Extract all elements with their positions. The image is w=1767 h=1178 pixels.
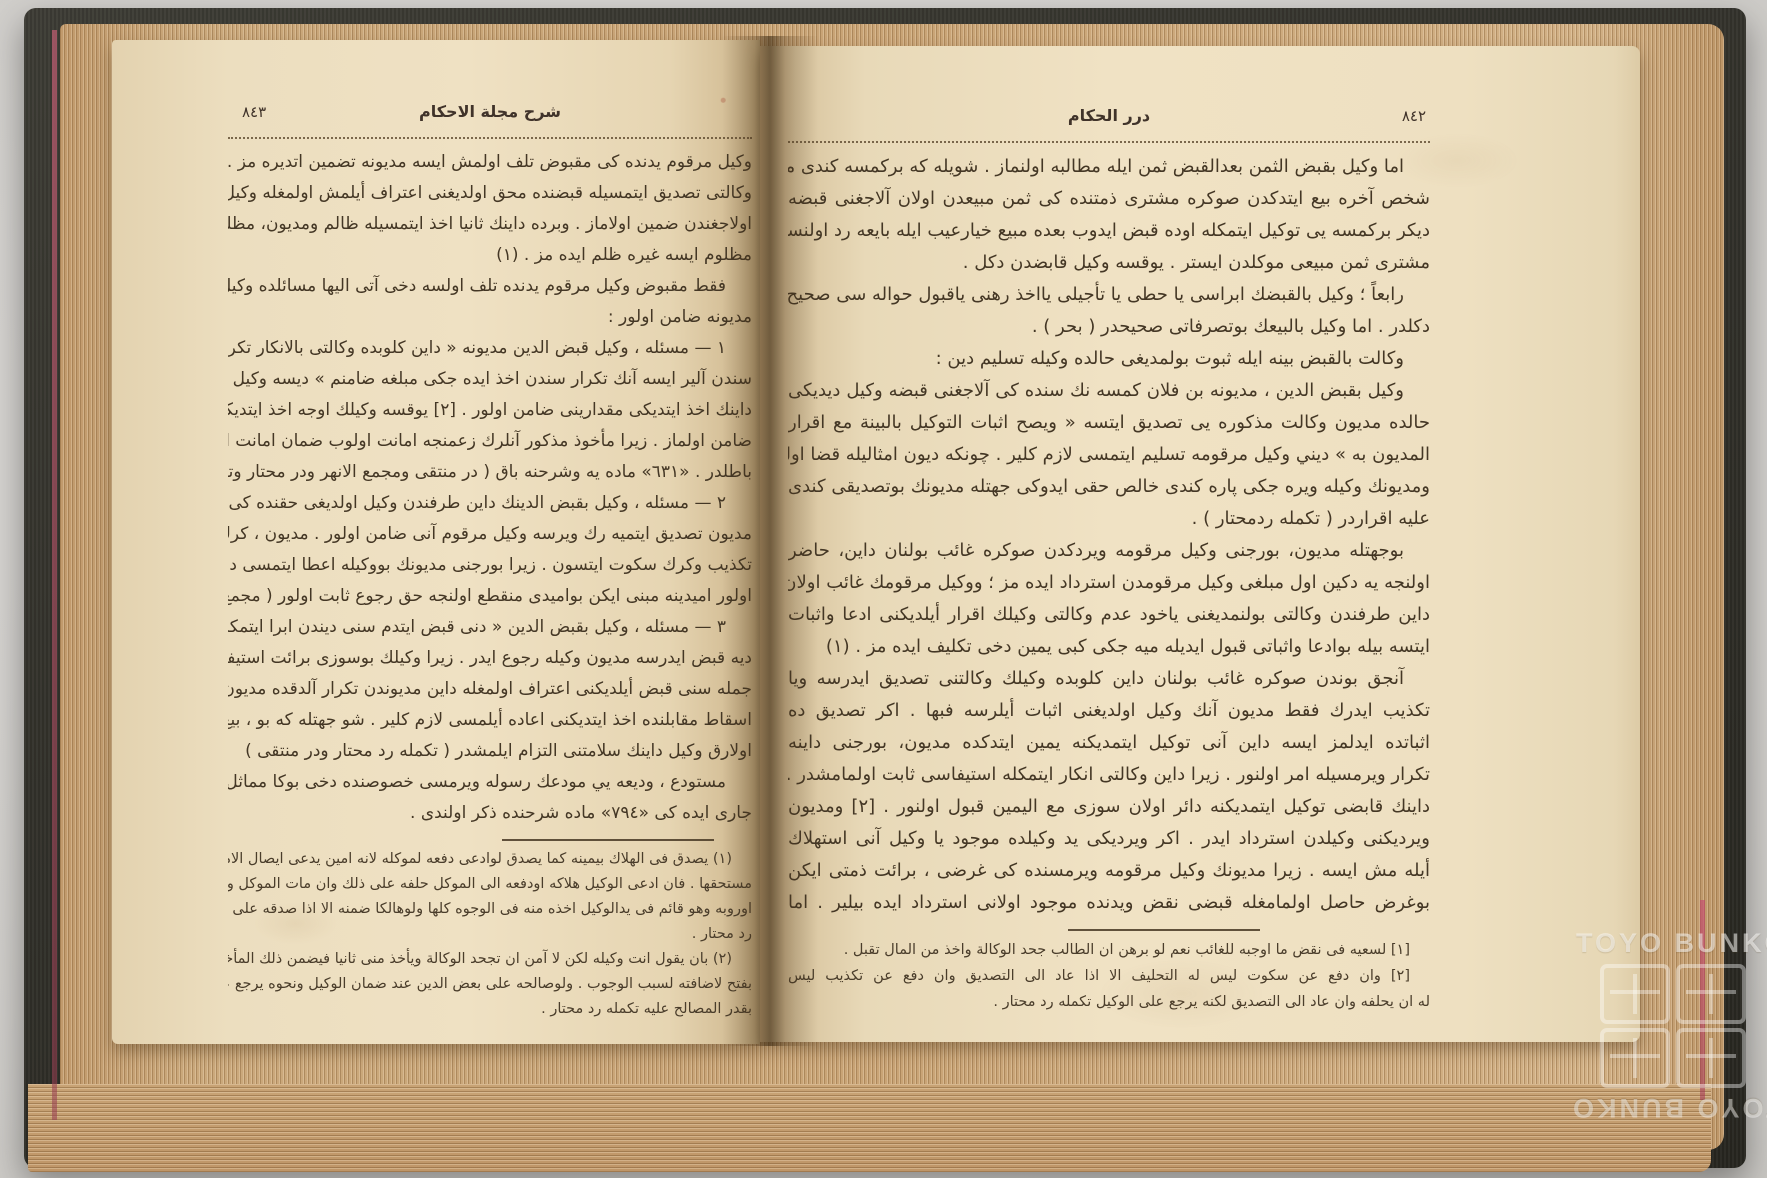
text-line: ديكر بركمسه يى توكيل ايتمكله اوده قبض اي…	[788, 215, 1430, 247]
footnote-line: (٢) بان يقول انت وكيله لكن لا آمن ان تجح…	[228, 947, 752, 972]
left-page-text-column: ٨٤٣ شرح مجلة الاحكام وكيل مرقوم يدنده كى…	[228, 102, 752, 1022]
text-line: مديون تصديق ايتميه رك ويرسه وكيل مرقوم آ…	[228, 519, 752, 550]
text-line: اولور اميدينه مبنى ايكن بواميدى منقطع او…	[228, 581, 752, 612]
text-line: تكذيب ايدرك فقط مديون آنك وكيل اولديغنى …	[788, 695, 1430, 727]
text-line: وكالتى تصديق ايتمسيله قبضنده محق اولديغن…	[228, 178, 752, 209]
left-body-text: وكيل مرقوم يدنده كى مقبوض تلف اولمش ايسه…	[228, 147, 752, 829]
text-line: وكيل مرقوم يدنده كى مقبوض تلف اولمش ايسه…	[228, 147, 752, 178]
text-line: دكلدر . اما وكيل بالبيعك بوتصرفاتى صحيحد…	[788, 311, 1430, 343]
right-footnotes: [١] لسعيه فى نقض ما اوجبه للغائب نعم لو …	[788, 937, 1430, 1015]
text-line: بوغرض حاصل اولمامغله قبضى نقض ويدنده موج…	[788, 887, 1430, 919]
text-line: ضامن اولماز . زيرا مأخوذ مذكور آنلرك زعم…	[228, 426, 752, 457]
text-line: مستودع ، وديعه يي مودعك رسوله ويرمسى خصو…	[228, 767, 752, 798]
text-line: سندن آلير ايسه آنك تكرار سندن اخذ ايده ج…	[228, 364, 752, 395]
text-line: المديون به » ديني وكيل مرقومه تسليم ايتم…	[788, 439, 1430, 471]
text-line: وكيل بقبض الدين ، مديونه بن فلان كمسه نك…	[788, 375, 1430, 407]
right-page: ٨٤٢ درر الحكام اما وكيل بقبض الثمن بعدال…	[760, 46, 1640, 1042]
text-line: ١ — مسئله ، وكيل قبض الدين مديونه « داين…	[228, 333, 752, 364]
left-page-header: ٨٤٣ شرح مجلة الاحكام	[228, 102, 752, 132]
text-line: اولاجغندن ضمين اولاماز . وبرده داينك ثان…	[228, 209, 752, 240]
text-line: رابعاً ؛ وكيل بالقبضك ابراسى يا حطى يا ت…	[788, 279, 1430, 311]
text-line: مظلوم ايسه غيره ظلم ايده مز . (١)	[228, 240, 752, 271]
text-line: اما وكيل بقبض الثمن بعدالقبض ثمن ايله مط…	[788, 151, 1430, 183]
text-line: مشترى ثمن مبيعى موكلدن ايستر . يوقسه وكي…	[788, 247, 1430, 279]
footnote-line: اوروبه وهو قائم فى يدالوكيل اخذه منه فى …	[228, 897, 752, 922]
right-page-text-column: ٨٤٢ درر الحكام اما وكيل بقبض الثمن بعدال…	[788, 106, 1430, 1015]
endpaper-pink-edge-right	[1700, 900, 1705, 1100]
page-edges-bottom	[28, 1084, 1711, 1172]
footnote-line: رد محتار .	[228, 922, 752, 947]
text-line: ٢ — مسئله ، وكيل بقبض الدينك داين طرفندن…	[228, 488, 752, 519]
text-line: ويرديكنى وكيلدن استرداد ايدر . اكر ويردي…	[788, 823, 1430, 855]
text-line: جمله سنى قبض أيلديكنى اعتراف اولمغله داي…	[228, 674, 752, 705]
text-line: اولنجه يه دكين اول مبلغى وكيل مرقومدن اس…	[788, 567, 1430, 599]
footnote-line: [١] لسعيه فى نقض ما اوجبه للغائب نعم لو …	[788, 937, 1430, 963]
text-line: ايتسه بيله بوادعا واثباتى قبول ايديله مي…	[788, 631, 1430, 663]
footnote-line: مستحقها . فان ادعى الوكيل هلاكه اودفعه ا…	[228, 872, 752, 897]
text-line: اثباتده ايدلمز ايسه داين آنى توكيل ايتمد…	[788, 727, 1430, 759]
text-line: ديه قبض ايدرسه مديون وكيله رجوع ايدر . ز…	[228, 643, 752, 674]
text-line: باطلدر . «٦٣١» ماده يه وشرحنه باق ( در م…	[228, 457, 752, 488]
right-footnote-separator	[1068, 929, 1260, 931]
text-line: فقط مقبوض وكيل مرقوم يدنده تلف اولسه دخى…	[228, 271, 752, 302]
text-line: أيله مش ايسه . زيرا مديونك وكيل مرقومه و…	[788, 855, 1430, 887]
book-photo: { "colors":{ "backdrop":"#d6d4d1","cover…	[0, 0, 1767, 1178]
text-line: آنجق بوندن صوكره غائب بولنان داين كلوبده…	[788, 663, 1430, 695]
text-line: داينك قابضى توكيل ايتمديكنه دائر اولان س…	[788, 791, 1430, 823]
text-line: مديونه ضامن اولور :	[228, 302, 752, 333]
text-line: شخص آخره بيع ايتدكدن صوكره مشترى ذمتنده …	[788, 183, 1430, 215]
left-footnote-separator	[502, 839, 714, 841]
text-line: بوجهتله مديون، بورجنى وكيل مرقومه ويردكد…	[788, 535, 1430, 567]
footnote-line: بفتح لاضافته لسبب الوجوب . ولوصالحه على …	[228, 972, 752, 997]
footnote-line: بقدر المصالح عليه تكمله رد محتار .	[228, 997, 752, 1022]
right-header-rule	[788, 139, 1430, 143]
text-line: اولارق وكيل داينك سلامتنى التزام ايلمشدر…	[228, 736, 752, 767]
text-line: وكالت بالقبض بينه ايله ثبوت بولمديغى حال…	[788, 343, 1430, 375]
left-header-rule	[228, 135, 752, 139]
text-line: حالده مديون وكالت مذكوره يى تصديق ايتسه …	[788, 407, 1430, 439]
left-page: ٨٤٣ شرح مجلة الاحكام وكيل مرقوم يدنده كى…	[112, 40, 760, 1044]
left-page-title: شرح مجلة الاحكام	[228, 102, 752, 121]
text-line: داينك اخذ ايتديكى مقدارينى ضامن اولور . …	[228, 395, 752, 426]
right-body-text: اما وكيل بقبض الثمن بعدالقبض ثمن ايله مط…	[788, 151, 1430, 919]
text-line: ٣ — مسئله ، وكيل بقبض الدين « دنى قبض اي…	[228, 612, 752, 643]
text-line: اسقاط مقابلنده اخذ ايتديكنى اعاده أيلمسى…	[228, 705, 752, 736]
right-page-title: درر الحكام	[788, 106, 1430, 125]
text-line: تكذيب وكرك سكوت ايتسون . زيرا بورجنى مدي…	[228, 550, 752, 581]
footnote-line: (١) يصدق فى الهلاك بيمينه كما يصدق لوادع…	[228, 847, 752, 872]
text-line: ومديونك وكيله ويره جكى پاره كندى خالص حق…	[788, 471, 1430, 503]
left-footnotes: (١) يصدق فى الهلاك بيمينه كما يصدق لوادع…	[228, 847, 752, 1022]
text-line: تكرار ويرمسيله امر اولنور . زيرا داين وك…	[788, 759, 1430, 791]
right-page-header: ٨٤٢ درر الحكام	[788, 106, 1430, 136]
text-line: عليه اقراردر ( تكمله ردمحتار ) .	[788, 503, 1430, 535]
text-line: داين طرفندن وكالتى بولنمديغنى ياخود عدم …	[788, 599, 1430, 631]
footnote-line: [٢] وان دفع عن سكوت ليس له التحليف الا ا…	[788, 963, 1430, 989]
text-line: جارى ايده كى «٧٩٤» ماده شرحنده ذكر اولند…	[228, 798, 752, 829]
footnote-line: له ان يحلفه وان عاد الى التصديق لكنه يرج…	[788, 989, 1430, 1015]
endpaper-pink-edge-left	[52, 30, 57, 1120]
